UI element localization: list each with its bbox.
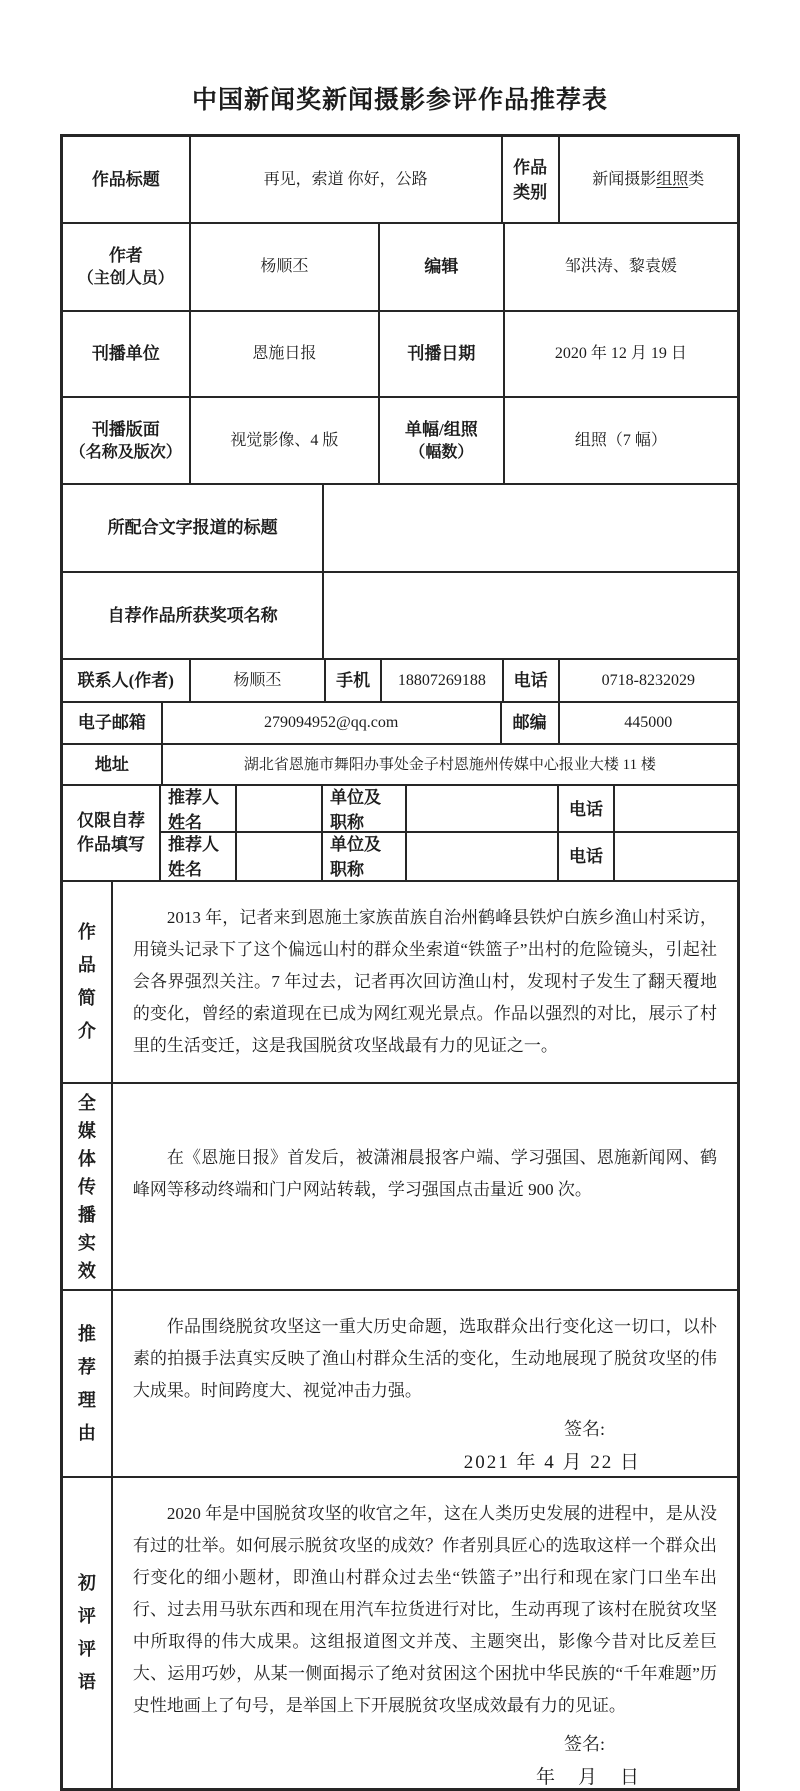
recommendation-table: 作品标题 再见，索道 你好，公路 作品类别 新闻摄影组照类 作者 （主创人员） … [60, 134, 740, 1791]
row-contact: 联系人(作者) 杨顺丕 手机 18807269188 电话 0718-82320… [63, 660, 737, 703]
address-label: 地址 [63, 745, 163, 784]
publish-date-label: 刊播日期 [380, 312, 505, 396]
recommender-phone-value [615, 833, 737, 880]
contact-value: 杨顺丕 [191, 660, 327, 701]
recommender-org-value [407, 786, 559, 833]
work-title-value: 再见，索道 你好，公路 [191, 137, 503, 222]
phone-label: 电话 [504, 660, 560, 701]
email-label: 电子邮箱 [63, 703, 163, 743]
form-page: 中国新闻奖新闻摄影参评作品推荐表 作品标题 再见，索道 你好，公路 作品类别 新… [0, 0, 800, 1791]
contact-label: 联系人(作者) [63, 660, 191, 701]
reason-signature-label: 签名: [133, 1413, 717, 1445]
recommender-org-value [407, 833, 559, 880]
preliminary-review-text: 2020 年是中国脱贫攻坚的收官之年，这在人类历史发展的进程中，是从没有过的壮举… [113, 1478, 737, 1788]
page-label: 刊播版面 （名称及版次） [63, 398, 191, 483]
email-value: 279094952@qq.com [163, 703, 502, 743]
section-recommendation-reason: 推荐理由 作品围绕脱贫攻坚这一重大历史命题，选取群众出行变化这一切口，以朴素的拍… [63, 1291, 737, 1478]
synopsis-label: 作品简介 [63, 882, 113, 1082]
review-signature-date: 年 月 日 [133, 1762, 717, 1788]
row-work-title: 作品标题 再见，索道 你好，公路 作品类别 新闻摄影组照类 [63, 137, 737, 224]
recommender-row: 推荐人姓名 单位及职称 电话 [161, 786, 737, 833]
recommendation-reason-text: 作品围绕脱贫攻坚这一重大历史命题，选取群众出行变化这一切口，以朴素的拍摄手法真实… [113, 1291, 737, 1476]
section-synopsis: 作品简介 2013 年，记者来到恩施土家族苗族自治州鹤峰县铁炉白族乡渔山村采访，… [63, 882, 737, 1084]
preliminary-review-label: 初评评语 [63, 1478, 113, 1788]
section-preliminary-review: 初评评语 2020 年是中国脱贫攻坚的收官之年，这在人类历史发展的进程中，是从没… [63, 1478, 737, 1788]
text-report-label: 所配合文字报道的标题 [63, 485, 324, 571]
self-award-label: 自荐作品所获奖项名称 [63, 573, 324, 658]
postcode-label: 邮编 [502, 703, 560, 743]
self-recommend-label: 仅限自荐 作品填写 [63, 786, 161, 880]
row-publisher: 刊播单位 恩施日报 刊播日期 2020 年 12 月 19 日 [63, 312, 737, 398]
format-label: 单幅/组照 （幅数） [380, 398, 505, 483]
recommender-name-value [237, 786, 323, 833]
synopsis-text: 2013 年，记者来到恩施土家族苗族自治州鹤峰县铁炉白族乡渔山村采访，用镜头记录… [113, 882, 737, 1082]
mobile-value: 18807269188 [382, 660, 504, 701]
review-signature-label: 签名: [133, 1728, 717, 1760]
recommender-phone-label: 电话 [559, 833, 615, 880]
recommender-org-label: 单位及职称 [323, 833, 407, 880]
row-author: 作者 （主创人员） 杨顺丕 编辑 邹洪涛、黎袁媛 [63, 224, 737, 312]
recommendation-reason-label: 推荐理由 [63, 1291, 113, 1476]
row-email: 电子邮箱 279094952@qq.com 邮编 445000 [63, 703, 737, 745]
self-recommend-rows: 推荐人姓名 单位及职称 电话 [161, 786, 737, 880]
category-value: 新闻摄影组照类 [560, 137, 737, 222]
section-media-effect: 全媒体传播实效 在《恩施日报》首发后，被潇湘晨报客户端、学习强国、恩施新闻网、鹤… [63, 1084, 737, 1291]
postcode-value: 445000 [560, 703, 737, 743]
row-page-format: 刊播版面 （名称及版次） 视觉影像、4 版 单幅/组照 （幅数） 组照（7 幅） [63, 398, 737, 485]
author-label: 作者 （主创人员） [63, 224, 191, 310]
page-value: 视觉影像、4 版 [191, 398, 380, 483]
row-text-report: 所配合文字报道的标题 [63, 485, 737, 573]
publisher-value: 恩施日报 [191, 312, 380, 396]
row-address: 地址 湖北省恩施市舞阳办事处金子村恩施州传媒中心报业大楼 11 楼 [63, 745, 737, 786]
author-value: 杨顺丕 [191, 224, 380, 310]
format-value: 组照（7 幅） [505, 398, 737, 483]
address-value: 湖北省恩施市舞阳办事处金子村恩施州传媒中心报业大楼 11 楼 [163, 745, 737, 784]
row-self-award: 自荐作品所获奖项名称 [63, 573, 737, 660]
text-report-value [324, 485, 737, 571]
recommender-row: 推荐人姓名 单位及职称 电话 [161, 833, 737, 880]
work-title-label: 作品标题 [63, 137, 191, 222]
editor-label: 编辑 [380, 224, 505, 310]
recommender-name-value [237, 833, 323, 880]
publisher-label: 刊播单位 [63, 312, 191, 396]
mobile-label: 手机 [326, 660, 382, 701]
recommender-name-label: 推荐人姓名 [161, 786, 237, 833]
recommender-phone-value [615, 786, 737, 833]
recommender-org-label: 单位及职称 [323, 786, 407, 833]
page-title: 中国新闻奖新闻摄影参评作品推荐表 [0, 0, 800, 116]
publish-date-value: 2020 年 12 月 19 日 [505, 312, 737, 396]
reason-signature-date: 2021 年 4 月 22 日 [133, 1447, 717, 1476]
media-effect-label: 全媒体传播实效 [63, 1084, 113, 1289]
editor-value: 邹洪涛、黎袁媛 [505, 224, 737, 310]
recommender-name-label: 推荐人姓名 [161, 833, 237, 880]
category-underlined: 组照 [656, 171, 688, 188]
media-effect-text: 在《恩施日报》首发后，被潇湘晨报客户端、学习强国、恩施新闻网、鹤峰网等移动终端和… [113, 1084, 737, 1289]
row-self-recommend: 仅限自荐 作品填写 推荐人姓名 单位及职称 [63, 786, 737, 882]
category-label: 作品类别 [503, 137, 560, 222]
recommender-phone-label: 电话 [559, 786, 615, 833]
self-award-value [324, 573, 737, 658]
phone-value: 0718-8232029 [560, 660, 737, 701]
